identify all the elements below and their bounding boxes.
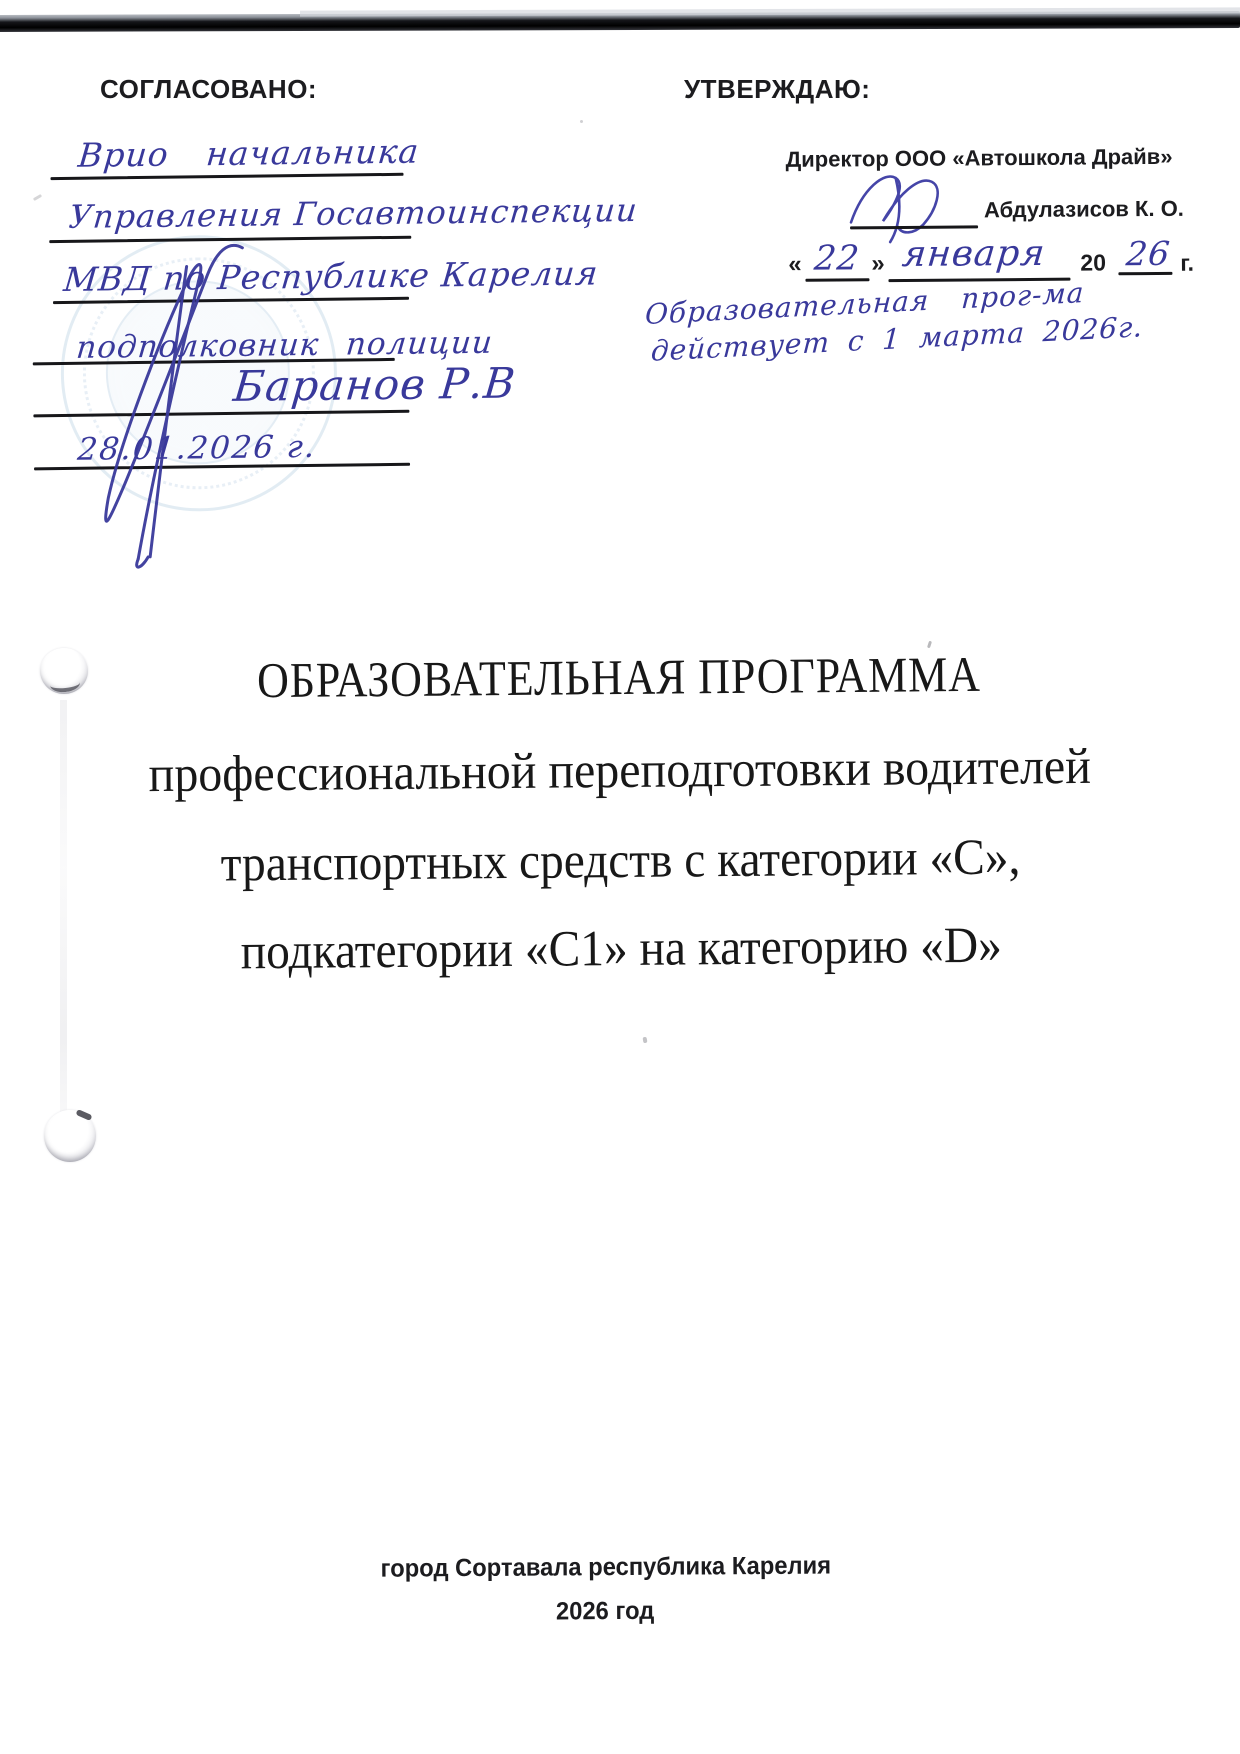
scan-speck [580,120,583,123]
footer-year-line: 2026 год [16,1593,1194,1630]
footer-city-line: город Сортавала республика Карелия [17,1549,1195,1586]
binding-streak [60,700,67,1120]
footer-block: город Сортавала республика Карелия 2026 … [0,0,1240,1754]
scan-speck [643,1037,648,1044]
